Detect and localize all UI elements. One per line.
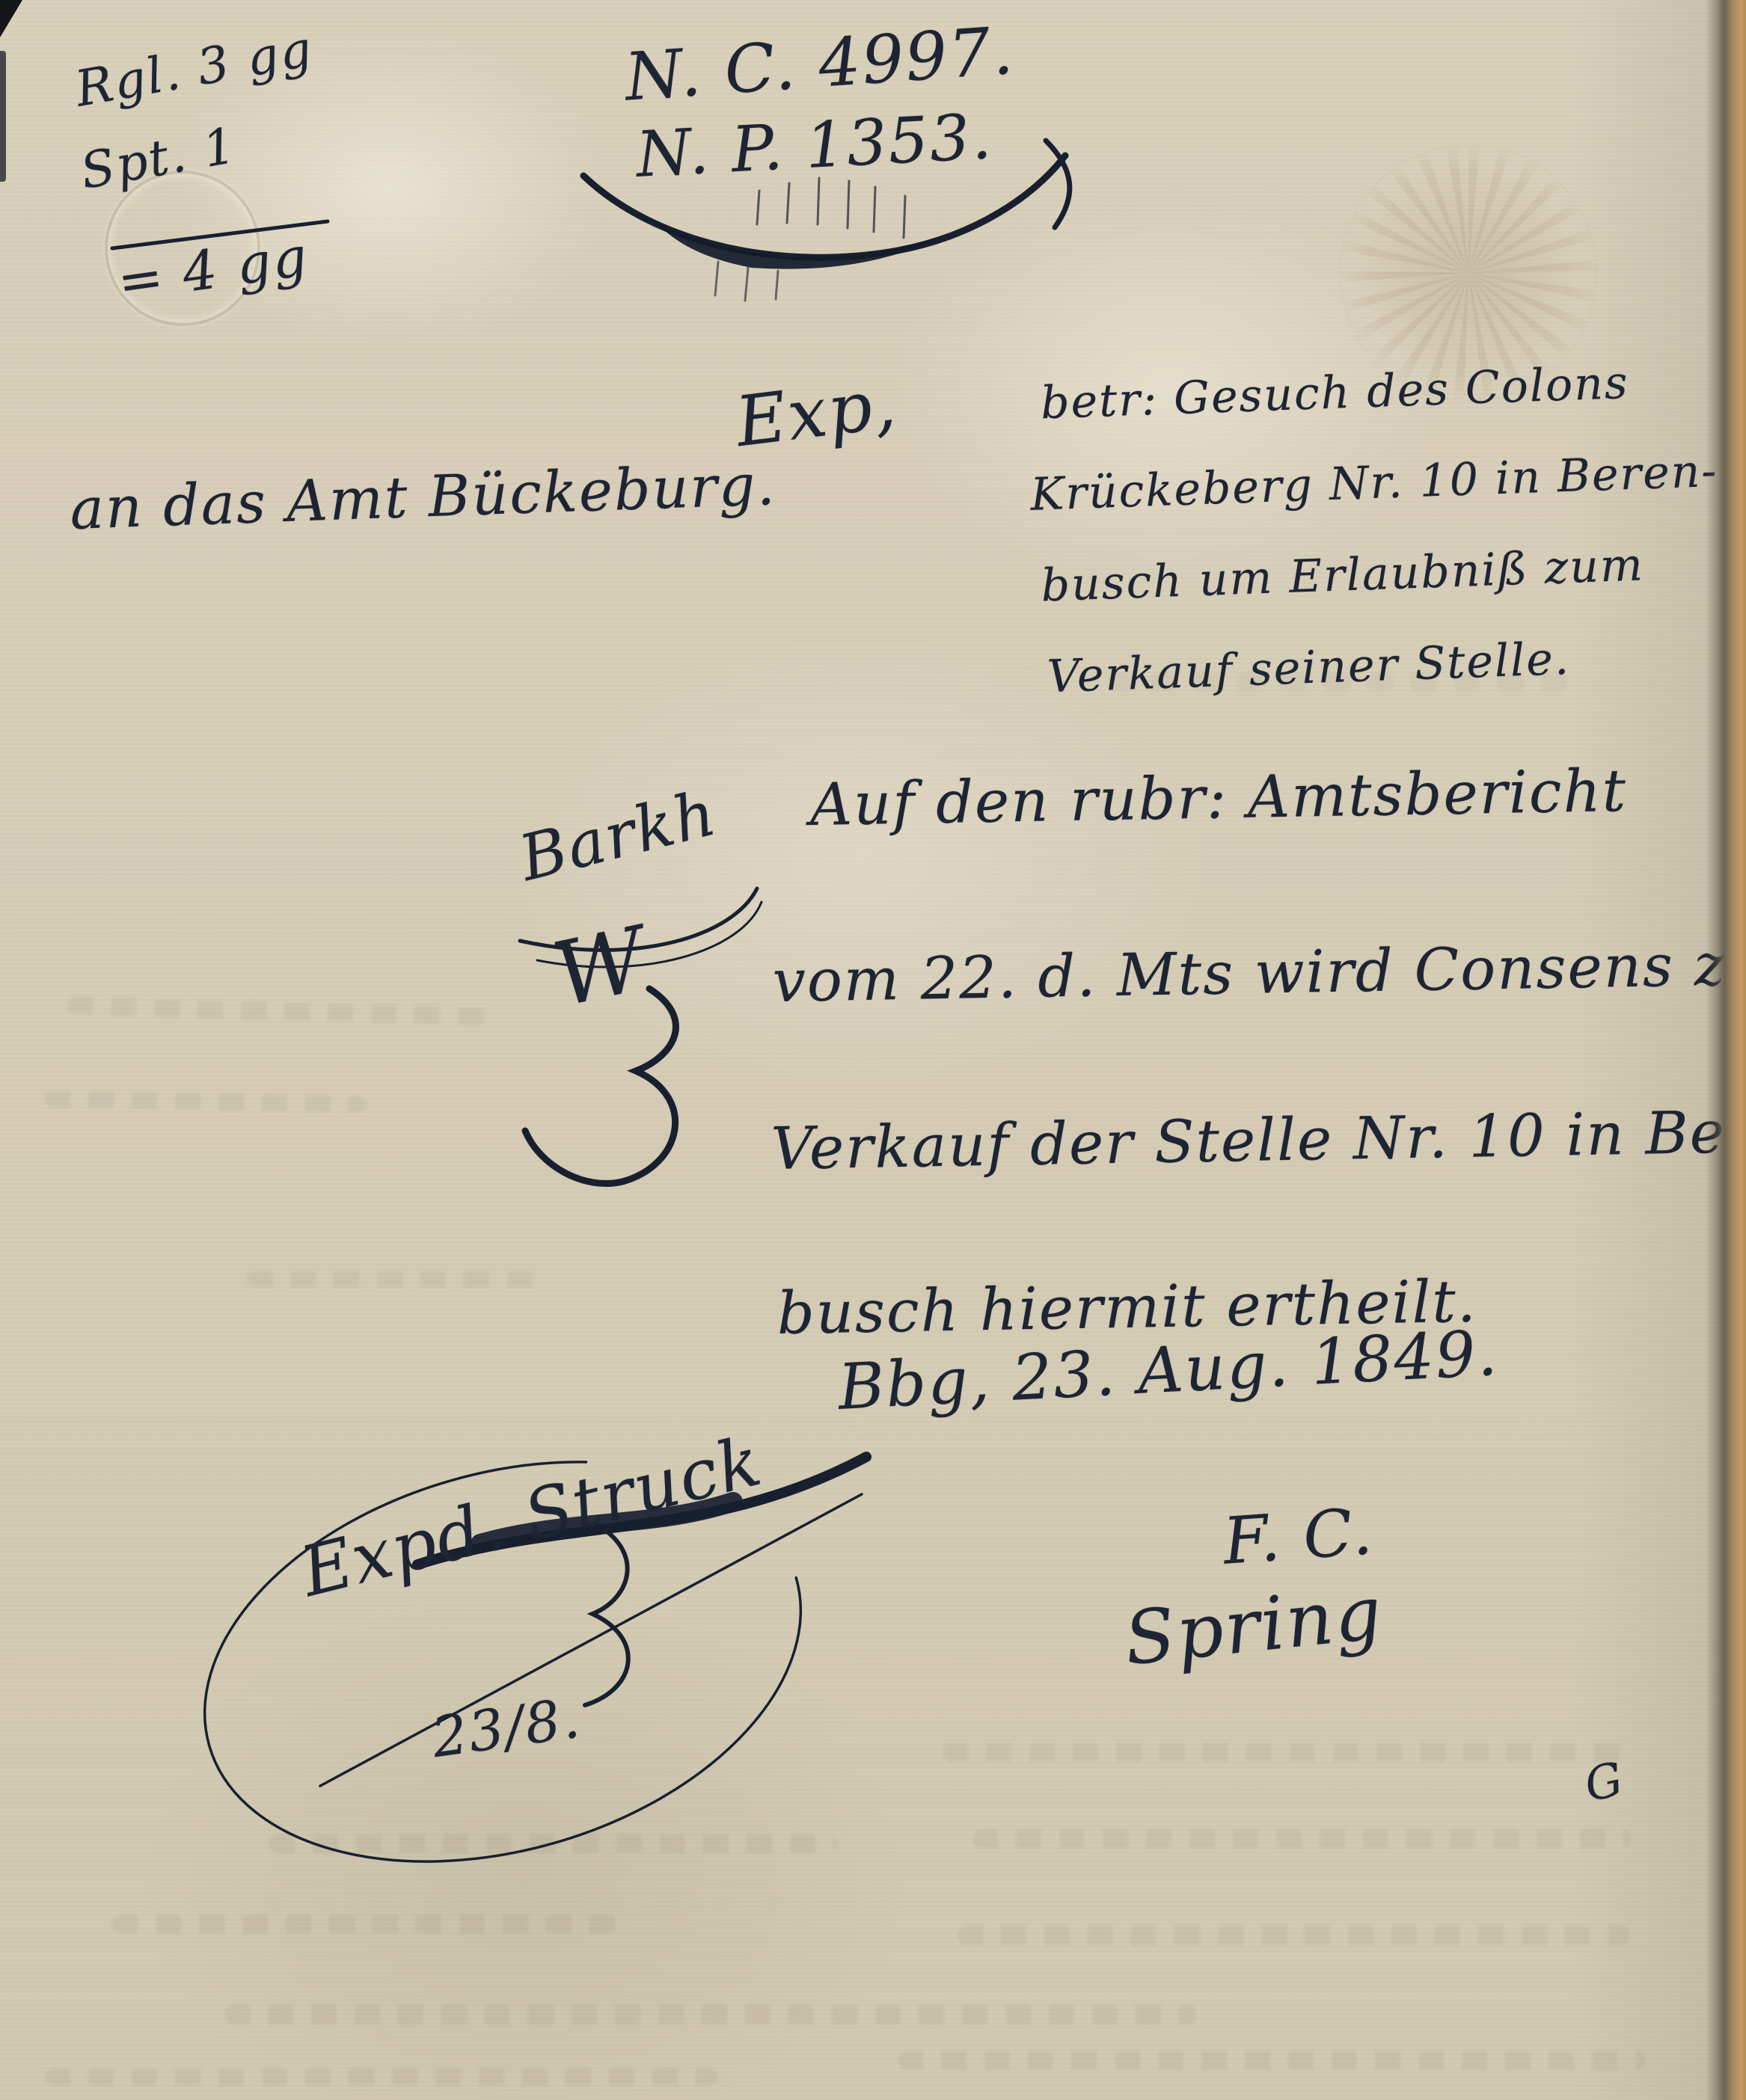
subject-line: Krückeberg Nr. 10 in Beren- [1029, 445, 1718, 521]
closing-initials: F. C. [1221, 1494, 1376, 1579]
subject-block: betr: Gesuch des Colons Krückeberg Nr. 1… [1026, 354, 1721, 587]
body-line: Auf den rubr: Amtsbericht [809, 758, 1628, 839]
scan-corner-artifact [0, 0, 22, 37]
page-binding-edge [1706, 0, 1746, 2100]
scan-edge-streak [0, 51, 6, 182]
paper-background [0, 0, 1746, 2100]
